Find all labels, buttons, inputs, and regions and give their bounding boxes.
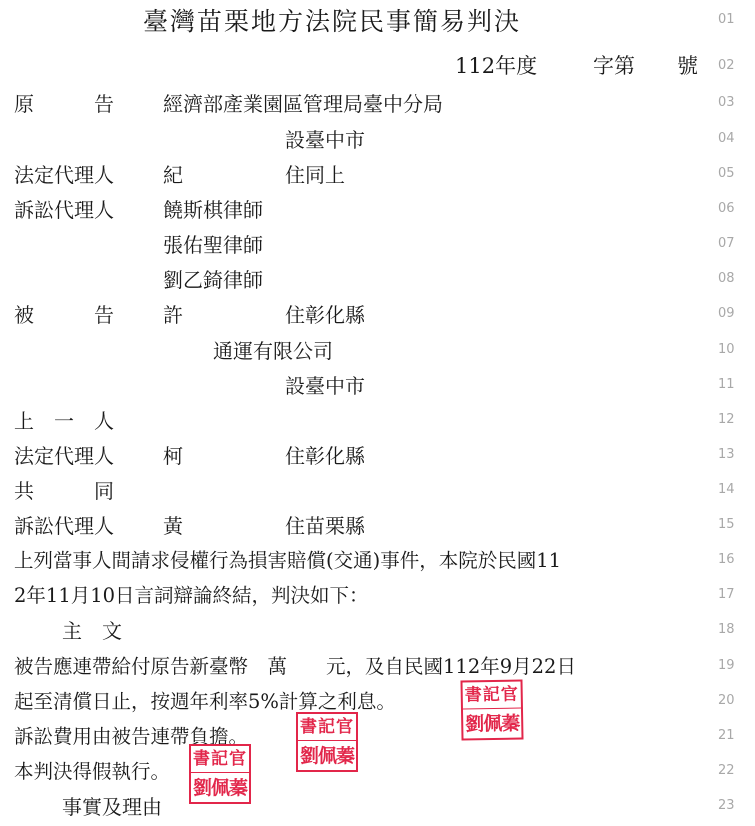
litigation-rep-label: 訴訟代理人 <box>14 510 114 539</box>
litigation-rep-name: 張佑聖律師 <box>163 229 263 258</box>
body-text: 2年11月10日言詞辯論終結，判決如下： <box>14 580 369 608</box>
legal-rep-address: 住同上 <box>285 159 345 188</box>
litigation-rep-address: 住苗栗縣 <box>285 510 365 539</box>
line-number: 06 <box>718 201 748 216</box>
legal-rep-name: 紀 <box>163 159 183 188</box>
body-text: 上列當事人間請求侵權行為損害賠償(交通)事件，本院於民國11 <box>14 545 561 573</box>
litigation-rep-label: 訴訟代理人 <box>14 194 114 223</box>
legal-rep-label: 法定代理人 <box>14 440 114 469</box>
line-number: 05 <box>718 166 748 181</box>
joint-label: 共 同 <box>14 475 114 504</box>
line-number: 11 <box>718 377 748 392</box>
above-one-label: 上 一 人 <box>14 405 114 434</box>
line-number: 03 <box>718 95 748 110</box>
line-number: 13 <box>718 447 748 462</box>
line-number: 22 <box>718 763 748 778</box>
line-number: 19 <box>718 658 748 673</box>
line-number: 14 <box>718 482 748 497</box>
litigation-rep-name: 黃 <box>163 510 183 539</box>
line-number: 20 <box>718 693 748 708</box>
document-title: 臺灣苗栗地方法院民事簡易判決 <box>143 2 521 38</box>
case-word: 字第 <box>593 50 635 80</box>
case-number: 號 <box>677 50 698 80</box>
body-text: 本判決得假執行。 <box>14 756 170 784</box>
defendant-address: 住彰化縣 <box>285 299 365 328</box>
defendant-name: 許 <box>163 299 183 328</box>
line-number: 12 <box>718 412 748 427</box>
line-number: 17 <box>718 587 748 602</box>
line-number: 18 <box>718 622 748 637</box>
seal-name: 劉佩蓁 <box>298 741 356 770</box>
defendant-company: 通運有限公司 <box>213 335 333 364</box>
line-number: 01 <box>718 12 748 27</box>
case-year: 112年度 <box>455 50 537 80</box>
seal-title: 書記官 <box>191 746 249 773</box>
defendant-label: 被 告 <box>14 299 114 328</box>
body-text: 被告應連帶給付原告新臺幣 萬 元，及自民國112年9月22日 <box>14 651 576 679</box>
clerk-seal-stamp: 書記官 劉佩蓁 <box>460 679 523 740</box>
seal-title: 書記官 <box>298 714 356 741</box>
line-number: 15 <box>718 517 748 532</box>
company-address: 設臺中市 <box>285 370 365 399</box>
litigation-rep-name: 饒斯棋律師 <box>163 194 263 223</box>
line-number: 10 <box>718 342 748 357</box>
plaintiff-address: 設臺中市 <box>285 124 365 153</box>
body-text: 起至清償日止，按週年利率5%計算之利息。 <box>14 686 396 714</box>
clerk-seal-stamp: 書記官 劉佩蓁 <box>296 712 358 772</box>
legal-rep-name: 柯 <box>163 440 183 469</box>
seal-title: 書記官 <box>463 681 521 709</box>
line-number: 02 <box>718 58 748 73</box>
line-number: 16 <box>718 552 748 567</box>
section-heading-main-text: 主 文 <box>62 615 122 644</box>
litigation-rep-name: 劉乙錡律師 <box>163 264 263 293</box>
plaintiff-name: 經濟部產業園區管理局臺中分局 <box>163 88 443 117</box>
legal-rep-address: 住彰化縣 <box>285 440 365 469</box>
line-number: 23 <box>718 798 748 813</box>
line-number: 07 <box>718 236 748 251</box>
clerk-seal-stamp: 書記官 劉佩蓁 <box>189 744 251 804</box>
line-number: 04 <box>718 131 748 146</box>
section-heading-facts: 事實及理由 <box>62 791 162 820</box>
plaintiff-label: 原 告 <box>14 88 114 117</box>
legal-rep-label: 法定代理人 <box>14 159 114 188</box>
line-number: 08 <box>718 271 748 286</box>
line-number: 21 <box>718 728 748 743</box>
seal-name: 劉佩蓁 <box>191 773 249 802</box>
line-number: 09 <box>718 306 748 321</box>
seal-name: 劉佩蓁 <box>463 708 521 738</box>
